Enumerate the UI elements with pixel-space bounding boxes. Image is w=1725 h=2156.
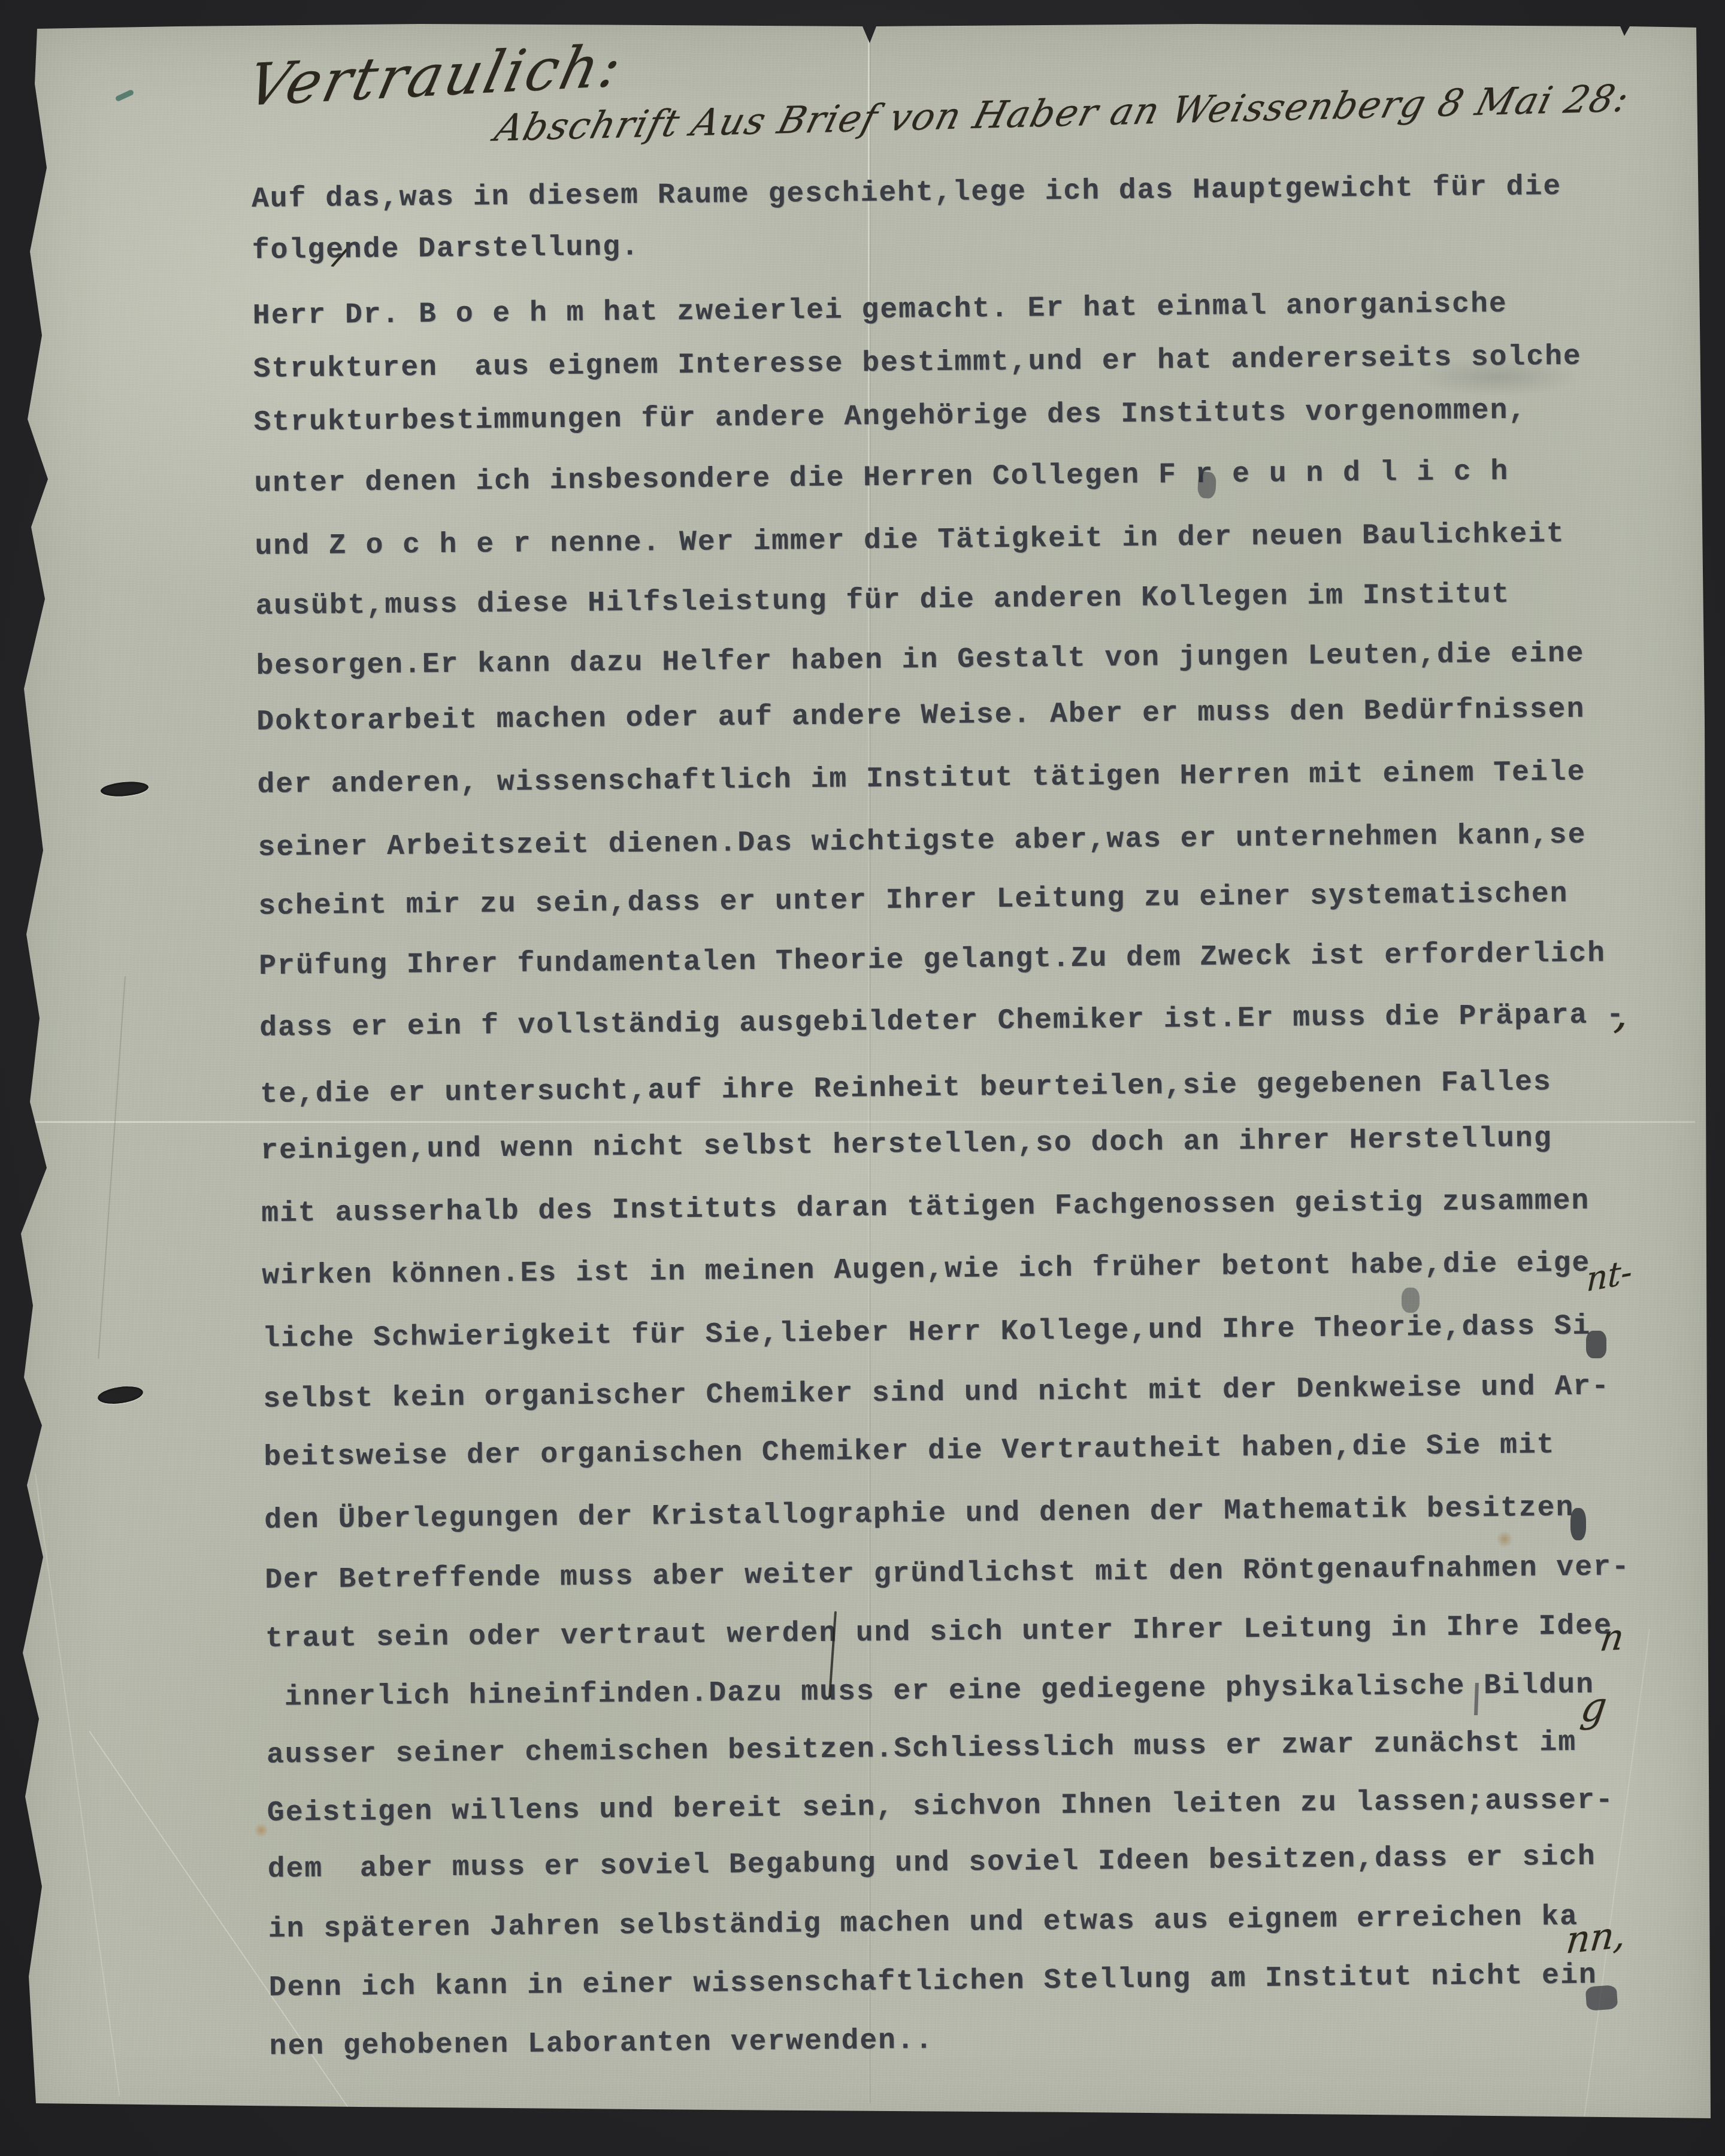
typed-line: in späteren Jahren selbständig machen un… xyxy=(268,1903,1579,1944)
scan-background: Vertraulich: Abschrift Aus Brief von Hab… xyxy=(0,0,1725,2156)
typed-text-block: Auf das,was in diesem Raume geschieht,le… xyxy=(0,0,1725,2156)
typed-line: innerlich hineinfinden.Dazu muss er eine… xyxy=(266,1671,1594,1712)
typed-line: dem aber muss er soviel Begabung und sov… xyxy=(268,1843,1596,1884)
typed-line: folgende Darstellung. xyxy=(252,233,640,265)
typed-line: scheint mir zu sein,dass er unter Ihrer … xyxy=(258,880,1569,921)
typed-line: dass er ein f vollständig ausgebildeter … xyxy=(259,1001,1625,1043)
typed-line: liche Schwierigkeit für Sie,lieber Herr … xyxy=(262,1312,1591,1353)
typed-line: und Z o c h e r nenne. Wer immer die Tät… xyxy=(255,520,1565,561)
typed-line: den Überlegungen der Kristallographie un… xyxy=(264,1494,1575,1535)
typed-line: Strukturen aus eignem Interesse bestimmt… xyxy=(253,343,1582,384)
typed-line: selbst kein organischer Chemiker sind un… xyxy=(263,1372,1610,1414)
typed-line: nen gehobenen Laboranten verwenden.. xyxy=(270,2026,934,2061)
typed-line: beitsweise der organischen Chemiker die … xyxy=(264,1431,1555,1472)
typed-line: Prüfung Ihrer fundamentalen Theorie gela… xyxy=(259,939,1606,981)
typed-line: unter denen ich insbesondere die Herren … xyxy=(254,458,1509,498)
letter-page: Vertraulich: Abschrift Aus Brief von Hab… xyxy=(0,0,1725,2156)
typed-line: Doktorarbeit machen oder auf andere Weis… xyxy=(256,695,1585,737)
typed-line: Strukturbestimmungen für andere Angehöri… xyxy=(253,396,1527,437)
typed-line: seiner Arbeitszeit dienen.Das wichtigste… xyxy=(258,821,1586,862)
typed-line: der anderen, wissenschaftlich im Institu… xyxy=(257,758,1585,800)
typed-line: besorgen.Er kann dazu Helfer haben in Ge… xyxy=(256,640,1584,681)
typed-line: ausübt,muss diese Hilfsleistung für die … xyxy=(255,580,1510,621)
typed-line: Auf das,was in diesem Raume geschieht,le… xyxy=(252,172,1562,214)
typed-line: te,die er untersucht,auf ihre Reinheit b… xyxy=(260,1068,1552,1109)
typed-line: Denn ich kann in einer wissenschaftliche… xyxy=(269,1961,1597,2003)
typed-line: wirken können.Es ist in meinen Augen,wie… xyxy=(262,1249,1590,1291)
typed-line: reinigen,und wenn nicht selbst herstelle… xyxy=(261,1124,1552,1165)
typed-line: Geistigen willens und bereit sein, sichv… xyxy=(267,1786,1614,1828)
typed-line: mit ausserhalb des Instituts daran tätig… xyxy=(261,1187,1590,1228)
typed-line: Der Betreffende muss aber weiter gründli… xyxy=(265,1553,1630,1595)
typed-line: traut sein oder vertraut werden und sich… xyxy=(265,1612,1612,1654)
typed-line: Herr Dr. B o e h m hat zweierlei gemacht… xyxy=(253,290,1508,331)
typed-line: ausser seiner chemischen besitzen.Schlie… xyxy=(267,1728,1577,1770)
